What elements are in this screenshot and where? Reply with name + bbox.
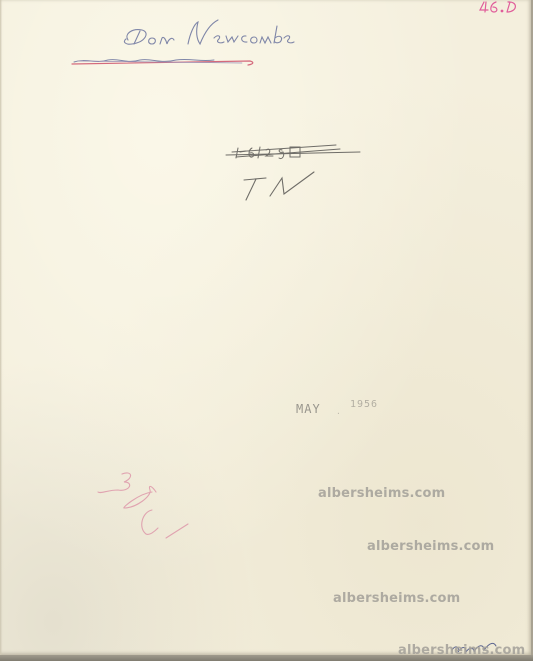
watermark: albersheims.com	[318, 486, 445, 501]
date-stamp-month: MAY	[296, 402, 321, 416]
date-stamp-year: 1956	[350, 399, 378, 410]
handwritten-corner-code	[480, 2, 515, 12]
date-stamp-separator: .	[336, 407, 342, 416]
handwritten-initials	[244, 172, 314, 200]
handwriting-layer	[0, 0, 533, 661]
handwritten-name-crossed-out	[72, 59, 253, 65]
watermark: albersheims.com	[398, 643, 525, 658]
watermark: albersheims.com	[333, 591, 460, 606]
handwritten-pink-code	[98, 473, 188, 538]
handwritten-crossed-out-number	[226, 145, 360, 159]
watermark: albersheims.com	[367, 539, 494, 554]
handwritten-name	[124, 20, 294, 44]
